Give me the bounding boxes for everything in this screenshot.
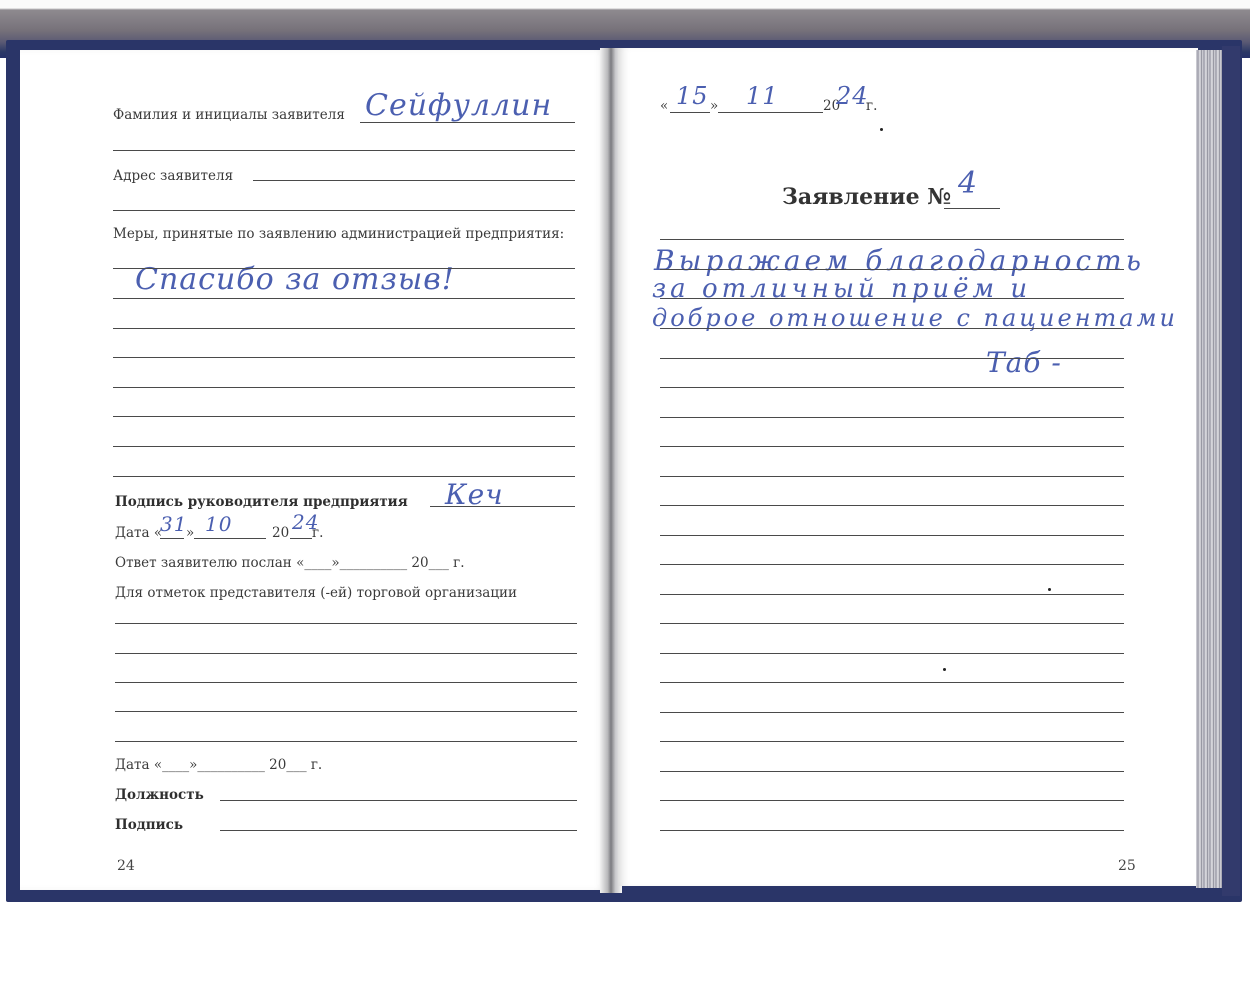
date-year-suffix: г. bbox=[312, 525, 323, 541]
measures-line[interactable] bbox=[113, 387, 575, 388]
signature-field[interactable] bbox=[220, 830, 577, 831]
book-cover-edge bbox=[1222, 46, 1240, 896]
statement-title: Заявление № bbox=[782, 184, 951, 210]
statement-line[interactable] bbox=[660, 771, 1124, 772]
applicant-name-field[interactable] bbox=[360, 122, 575, 123]
statement-line[interactable] bbox=[660, 564, 1124, 565]
trade-org-line[interactable] bbox=[115, 741, 577, 742]
trade-org-label: Для отметок представителя (-ей) торговой… bbox=[115, 585, 517, 601]
measures-line[interactable] bbox=[113, 476, 575, 477]
measures-line[interactable] bbox=[113, 446, 575, 447]
statement-date-year-handwritten: 24 bbox=[836, 82, 869, 110]
statement-line[interactable] bbox=[660, 830, 1124, 831]
statement-line[interactable] bbox=[660, 328, 1124, 329]
statement-line[interactable] bbox=[660, 712, 1124, 713]
applicant-name-field-2[interactable] bbox=[113, 150, 575, 151]
date-quote-open: « bbox=[660, 98, 668, 114]
statement-date-day-handwritten: 15 bbox=[676, 82, 709, 110]
trade-org-line[interactable] bbox=[115, 653, 577, 654]
reply-sent-label: Ответ заявителю послан «____»__________ … bbox=[115, 555, 464, 571]
measures-line[interactable] bbox=[113, 268, 575, 269]
page-number-right: 25 bbox=[1118, 858, 1136, 874]
statement-date-month-handwritten: 11 bbox=[746, 82, 779, 110]
statement-line[interactable] bbox=[660, 800, 1124, 801]
date-year-prefix: 20 bbox=[272, 525, 289, 541]
scan-speck bbox=[880, 128, 883, 131]
measures-line[interactable] bbox=[113, 298, 575, 299]
statement-line[interactable] bbox=[660, 446, 1124, 447]
applicant-name-handwritten: Сейфуллин bbox=[365, 88, 552, 123]
trade-org-line[interactable] bbox=[115, 623, 577, 624]
statement-number-handwritten: 4 bbox=[958, 166, 978, 201]
statement-line[interactable] bbox=[660, 417, 1124, 418]
date-month-handwritten: 10 bbox=[205, 512, 232, 536]
measures-line[interactable] bbox=[113, 357, 575, 358]
statement-line[interactable] bbox=[660, 358, 1124, 359]
statement-line[interactable] bbox=[660, 623, 1124, 624]
manager-signature-label: Подпись руководителя предприятия bbox=[115, 494, 408, 510]
statement-text-line-2: за отличный приём и bbox=[652, 274, 1031, 304]
measures-line[interactable] bbox=[113, 328, 575, 329]
right-page: « 15 » 11 20 24 г. Заявление № 4 Выражае… bbox=[618, 48, 1198, 886]
applicant-address-field-2[interactable] bbox=[113, 210, 575, 211]
applicant-name-label: Фамилия и инициалы заявителя bbox=[113, 107, 345, 123]
statement-signature-handwritten: Таб - bbox=[986, 346, 1062, 379]
statement-date-day-field[interactable] bbox=[670, 112, 710, 113]
statement-line[interactable] bbox=[660, 653, 1124, 654]
position-label: Должность bbox=[115, 787, 204, 803]
date-year-field[interactable] bbox=[290, 538, 312, 539]
statement-line[interactable] bbox=[660, 298, 1124, 299]
applicant-address-field[interactable] bbox=[253, 180, 575, 181]
date-month-field[interactable] bbox=[194, 538, 266, 539]
statement-text-line-1: Выражаем благодарность bbox=[654, 244, 1145, 277]
measures-line[interactable] bbox=[113, 416, 575, 417]
statement-line[interactable] bbox=[660, 387, 1124, 388]
trade-org-line[interactable] bbox=[115, 711, 577, 712]
bottom-date-label: Дата «____»__________ 20___ г. bbox=[115, 757, 322, 773]
scan-speck bbox=[1048, 588, 1051, 591]
signature-label: Подпись bbox=[115, 817, 183, 833]
statement-number-field[interactable] bbox=[944, 208, 1000, 209]
date-label: Дата « bbox=[115, 525, 162, 541]
scan-speck bbox=[943, 668, 946, 671]
statement-line[interactable] bbox=[660, 741, 1124, 742]
statement-line[interactable] bbox=[660, 505, 1124, 506]
manager-signature-field[interactable] bbox=[430, 506, 575, 507]
left-page: Фамилия и инициалы заявителя Сейфуллин А… bbox=[20, 50, 607, 890]
statement-line[interactable] bbox=[660, 535, 1124, 536]
trade-org-line[interactable] bbox=[115, 682, 577, 683]
position-field[interactable] bbox=[220, 800, 577, 801]
statement-date-year-suffix: г. bbox=[866, 98, 877, 114]
statement-line[interactable] bbox=[660, 594, 1124, 595]
statement-date-month-field[interactable] bbox=[718, 112, 823, 113]
statement-line[interactable] bbox=[660, 682, 1124, 683]
measures-label: Меры, принятые по заявлению администраци… bbox=[113, 226, 564, 242]
page-number-left: 24 bbox=[117, 858, 135, 874]
applicant-address-label: Адрес заявителя bbox=[113, 168, 233, 184]
book-page-edges bbox=[1196, 50, 1222, 888]
statement-line[interactable] bbox=[660, 476, 1124, 477]
statement-line[interactable] bbox=[660, 239, 1124, 240]
date-day-field[interactable] bbox=[160, 538, 184, 539]
date-day-handwritten: 31 bbox=[160, 512, 187, 536]
statement-line[interactable] bbox=[660, 269, 1124, 270]
